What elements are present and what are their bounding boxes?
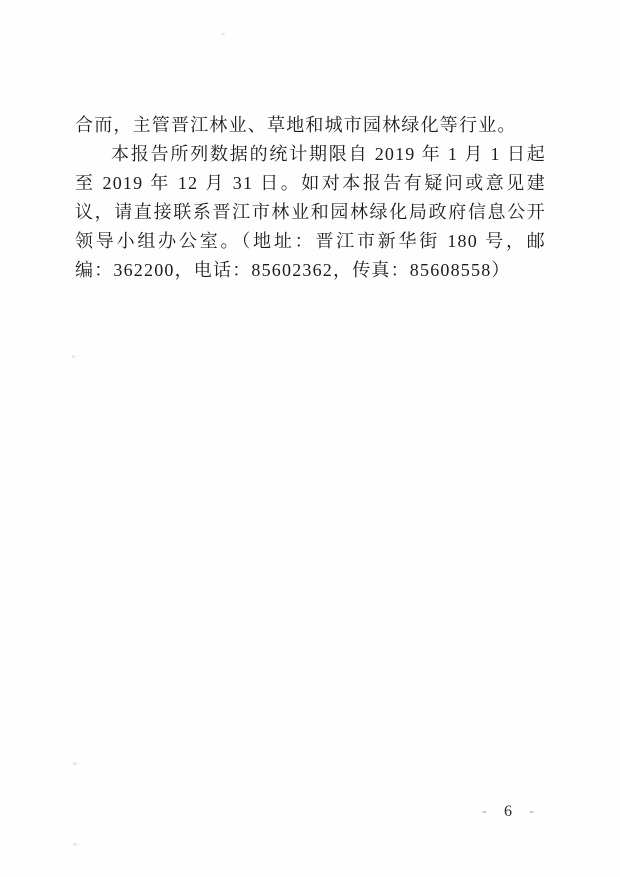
paragraph-report-contact: 本报告所列数据的统计期限自 2019 年 1 月 1 日起至 2019 年 12… (75, 140, 546, 285)
paragraph-continuation: 合而，主管晋江林业、草地和城市园林绿化等行业。 (75, 111, 546, 140)
scan-speck (221, 33, 225, 35)
page-footer: - 6 - (482, 801, 534, 823)
page-number: 6 (504, 801, 512, 823)
footer-dash-left: - (482, 801, 487, 823)
document-page: 合而，主管晋江林业、草地和城市园林绿化等行业。 本报告所列数据的统计期限自 20… (0, 0, 620, 877)
scan-speck (72, 355, 75, 358)
scan-speck (73, 762, 77, 765)
scan-speck (73, 843, 77, 846)
document-body: 合而，主管晋江林业、草地和城市园林绿化等行业。 本报告所列数据的统计期限自 20… (75, 111, 546, 285)
footer-dash-right: - (529, 801, 534, 823)
